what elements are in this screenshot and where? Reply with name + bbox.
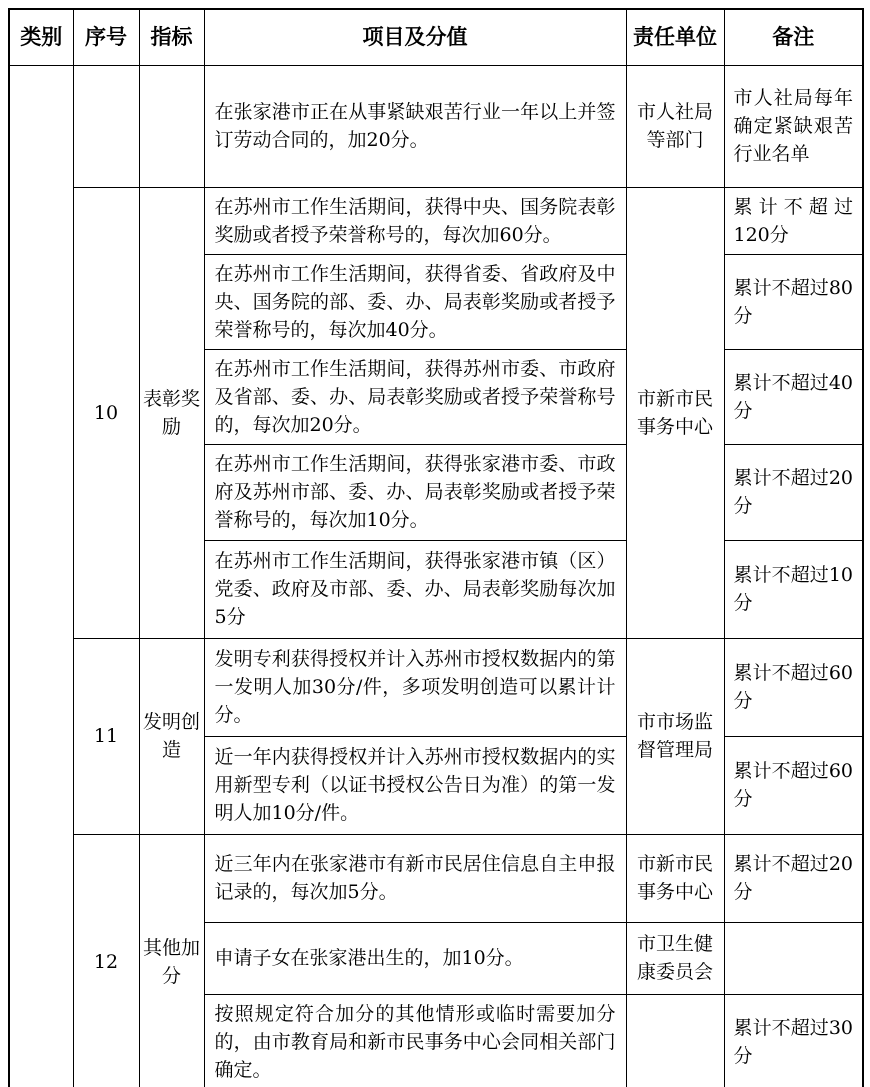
remark-cell: 累计不超过10分 (724, 540, 863, 638)
document-page: 类别 序号 指标 项目及分值 责任单位 备注 在张家港市正在从事紧缺艰苦行业一年… (0, 0, 870, 1087)
project-cell: 在张家港市正在从事紧缺艰苦行业一年以上并签订劳动合同的，加20分。 (204, 65, 626, 187)
indicator-cell: 发明创造 (139, 638, 204, 834)
remark-cell: 累计不超过120分 (724, 187, 863, 254)
serial-cell: 11 (73, 638, 139, 834)
scoring-rules-table: 类别 序号 指标 项目及分值 责任单位 备注 在张家港市正在从事紧缺艰苦行业一年… (8, 8, 864, 1087)
unit-cell: 市人社局等部门 (626, 65, 724, 187)
project-cell: 在苏州市工作生活期间，获得张家港市委、市政府及苏州市部、委、办、局表彰奖励或者授… (204, 444, 626, 540)
indicator-cell (139, 65, 204, 187)
unit-cell: 市卫生健康委员会 (626, 922, 724, 994)
indicator-cell: 表彰奖励 (139, 187, 204, 638)
col-header-remark: 备注 (724, 9, 863, 65)
unit-cell: 市新市民事务中心 (626, 187, 724, 638)
unit-cell (626, 994, 724, 1087)
project-cell: 在苏州市工作生活期间，获得中央、国务院表彰奖励或者授予荣誉称号的，每次加60分。 (204, 187, 626, 254)
indicator-cell: 其他加分 (139, 834, 204, 1087)
remark-cell: 累计不超过60分 (724, 638, 863, 736)
remark-cell (724, 922, 863, 994)
project-cell: 发明专利获得授权并计入苏州市授权数据内的第一发明人加30分/件，多项发明创造可以… (204, 638, 626, 736)
col-header-category: 类别 (9, 9, 73, 65)
serial-cell: 12 (73, 834, 139, 1087)
col-header-serial: 序号 (73, 9, 139, 65)
unit-cell: 市市场监督管理局 (626, 638, 724, 834)
project-cell: 近三年内在张家港市有新市民居住信息自主申报记录的，每次加5分。 (204, 834, 626, 922)
category-cell (9, 65, 73, 1087)
remark-cell: 累计不超过60分 (724, 736, 863, 834)
table-row: 11 发明创造 发明专利获得授权并计入苏州市授权数据内的第一发明人加30分/件，… (9, 638, 863, 736)
col-header-indicator: 指标 (139, 9, 204, 65)
project-cell: 在苏州市工作生活期间，获得省委、省政府及中央、国务院的部、委、办、局表彰奖励或者… (204, 254, 626, 349)
serial-cell (73, 65, 139, 187)
unit-cell: 市新市民事务中心 (626, 834, 724, 922)
remark-cell: 累计不超过20分 (724, 444, 863, 540)
project-cell: 近一年内获得授权并计入苏州市授权数据内的实用新型专利（以证书授权公告日为准）的第… (204, 736, 626, 834)
serial-cell: 10 (73, 187, 139, 638)
col-header-unit: 责任单位 (626, 9, 724, 65)
remark-cell: 累计不超过30分 (724, 994, 863, 1087)
project-cell: 在苏州市工作生活期间，获得苏州市委、市政府及省部、委、办、局表彰奖励或者授予荣誉… (204, 349, 626, 444)
remark-cell: 市人社局每年确定紧缺艰苦行业名单 (724, 65, 863, 187)
project-cell: 在苏州市工作生活期间，获得张家港市镇（区）党委、政府及市部、委、办、局表彰奖励每… (204, 540, 626, 638)
table-header-row: 类别 序号 指标 项目及分值 责任单位 备注 (9, 9, 863, 65)
remark-cell: 累计不超过20分 (724, 834, 863, 922)
remark-cell: 累计不超过80分 (724, 254, 863, 349)
remark-cell: 累计不超过40分 (724, 349, 863, 444)
col-header-project: 项目及分值 (204, 9, 626, 65)
project-cell: 申请子女在张家港出生的，加10分。 (204, 922, 626, 994)
table-row: 在张家港市正在从事紧缺艰苦行业一年以上并签订劳动合同的，加20分。 市人社局等部… (9, 65, 863, 187)
project-cell: 按照规定符合加分的其他情形或临时需要加分的，由市教育局和新市民事务中心会同相关部… (204, 994, 626, 1087)
table-row: 12 其他加分 近三年内在张家港市有新市民居住信息自主申报记录的，每次加5分。 … (9, 834, 863, 922)
table-row: 10 表彰奖励 在苏州市工作生活期间，获得中央、国务院表彰奖励或者授予荣誉称号的… (9, 187, 863, 254)
